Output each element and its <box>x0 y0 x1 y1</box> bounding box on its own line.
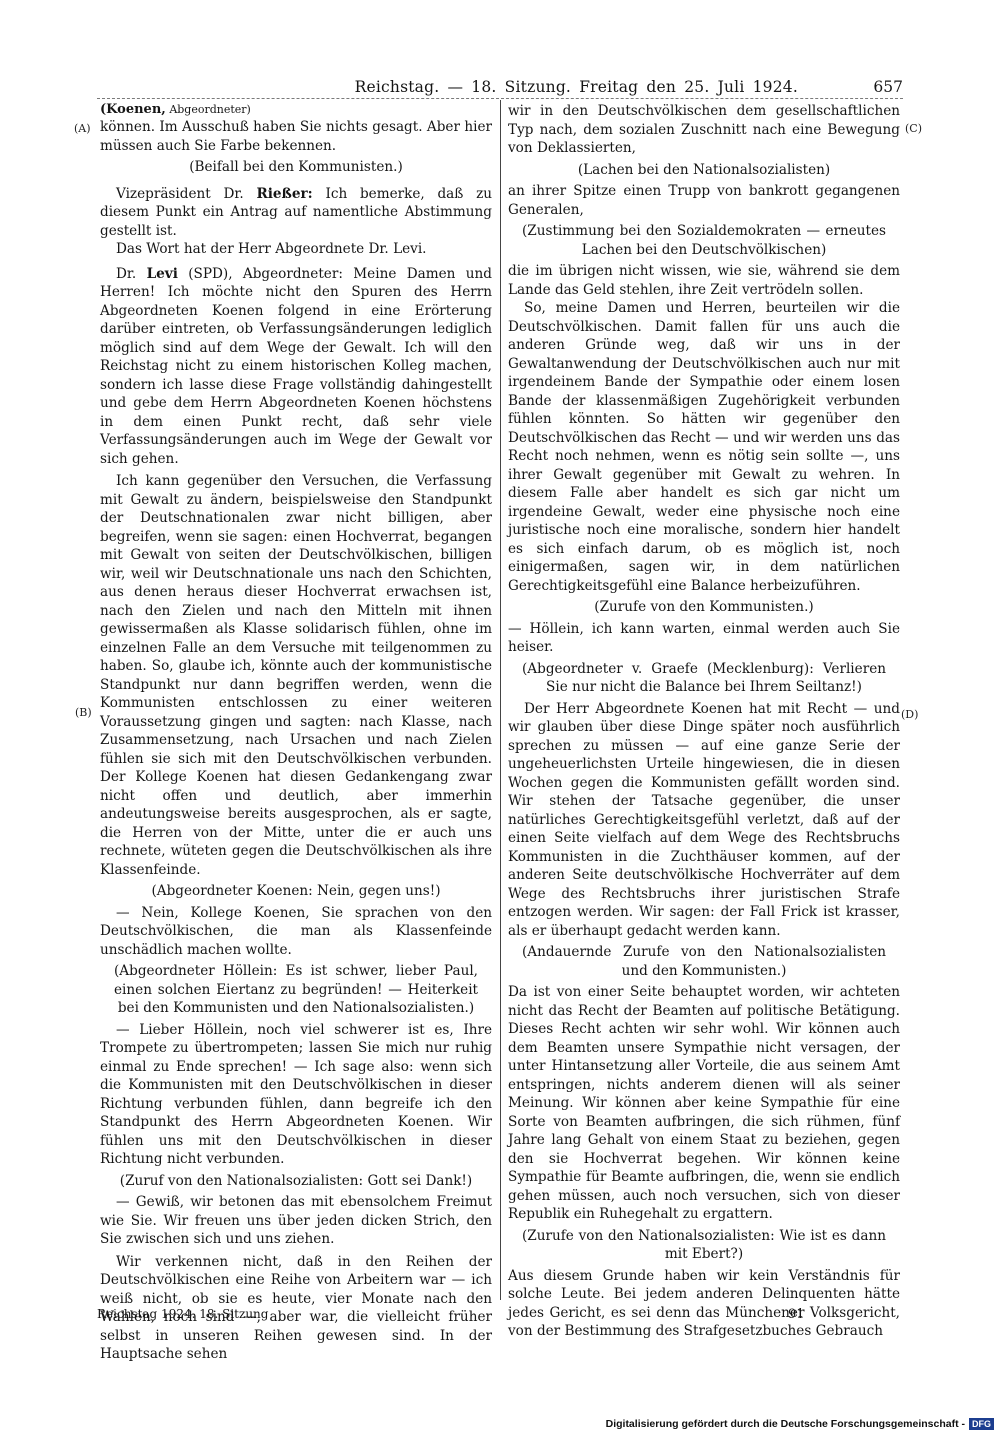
paragraph: können. Im Ausschuß haben Sie nichts ges… <box>100 118 492 155</box>
paragraph: Da ist von einer Seite behauptet worden,… <box>508 983 900 1224</box>
speaker-name: (Koenen, <box>100 102 166 117</box>
left-column: (Koenen, Abgeordneter) können. Im Aussch… <box>100 102 492 1364</box>
speaker-name: Levi <box>147 266 178 282</box>
paragraph: die im übrigen nicht wissen, wie sie, wä… <box>508 262 900 299</box>
paragraph-levi: Dr. Levi (SPD), Abgeordneter: Meine Dame… <box>100 265 492 469</box>
interjection: (Zustimmung bei den Sozialdemokraten — e… <box>522 222 886 259</box>
paragraph: — Nein, Kollege Koenen, Sie sprachen von… <box>100 904 492 960</box>
margin-marker-a: (A) <box>74 122 91 135</box>
interjection: (Zurufe von den Kommunisten.) <box>514 598 894 617</box>
paragraph: wir in den Deutschvölkischen dem gesells… <box>508 102 900 158</box>
speaker-title: Vizepräsident Dr. <box>116 186 244 202</box>
margin-marker-c: (C) <box>905 122 922 135</box>
header-title: Reichstag. — 18. Sitzung. Freitag den 25… <box>355 76 798 98</box>
paragraph: — Höllein, ich kann warten, einmal werde… <box>508 620 900 657</box>
speaker-continuation-head: (Koenen, Abgeordneter) <box>100 102 492 118</box>
paragraph: — Gewiß, wir betonen das mit ebensolchem… <box>100 1193 492 1249</box>
paragraph: Das Wort hat der Herr Abgeordnete Dr. Le… <box>100 240 492 259</box>
speech-text: (SPD), Abgeordneter: Meine Damen und Her… <box>100 266 492 467</box>
interjection: (Abgeordneter v. Graefe (Mecklenburg): V… <box>522 660 886 697</box>
paragraph: an ihrer Spitze einen Trupp von bankrott… <box>508 182 900 219</box>
paragraph-vice-president: Vizepräsident Dr. Rießer: Ich bemerke, d… <box>100 185 492 241</box>
speaker-role: Abgeordneter) <box>169 103 251 116</box>
interjection: (Beifall bei den Kommunisten.) <box>106 158 486 177</box>
paragraph: — Lieber Höllein, noch viel schwerer ist… <box>100 1021 492 1169</box>
header-rule <box>97 98 903 99</box>
margin-marker-b: (B) <box>75 706 92 719</box>
credit-text: Digitalisierung gefördert durch die Deut… <box>606 1418 965 1430</box>
running-header: Reichstag. — 18. Sitzung. Freitag den 25… <box>97 76 903 98</box>
paragraph: Aus diesem Grunde haben wir kein Verstän… <box>508 1267 900 1341</box>
interjection: (Zuruf von den Nationalsozialisten: Gott… <box>106 1172 486 1191</box>
interjection: (Andauernde Zurufe von den Nationalsozia… <box>522 943 886 980</box>
signature-number: 91 <box>788 1307 805 1322</box>
digitization-credit: Digitalisierung gefördert durch die Deut… <box>606 1418 994 1430</box>
interjection: (Lachen bei den Nationalsozialisten) <box>514 161 894 180</box>
speaker-name: Rießer: <box>256 186 312 202</box>
column-divider <box>500 100 501 1300</box>
speaker-title: Dr. <box>116 266 136 282</box>
paragraph: Ich kann gegenüber den Versuchen, die Ve… <box>100 472 492 879</box>
footer-session-label: Reichstag 1924. 18. Sitzung <box>97 1307 268 1321</box>
interjection: (Abgeordneter Koenen: Nein, gegen uns!) <box>106 882 486 901</box>
page-number: 657 <box>873 76 903 98</box>
paragraph: Der Herr Abgeordnete Koenen hat mit Rech… <box>508 700 900 941</box>
interjection: (Abgeordneter Höllein: Es ist schwer, li… <box>114 962 478 1018</box>
right-column: wir in den Deutschvölkischen dem gesells… <box>508 102 900 1341</box>
paragraph: So, meine Damen und Herren, beurteilen w… <box>508 299 900 595</box>
interjection: (Zurufe von den Nationalsozialisten: Wie… <box>522 1227 886 1264</box>
dfg-logo-icon: DFG <box>969 1418 994 1430</box>
margin-marker-d: (D) <box>901 708 918 721</box>
